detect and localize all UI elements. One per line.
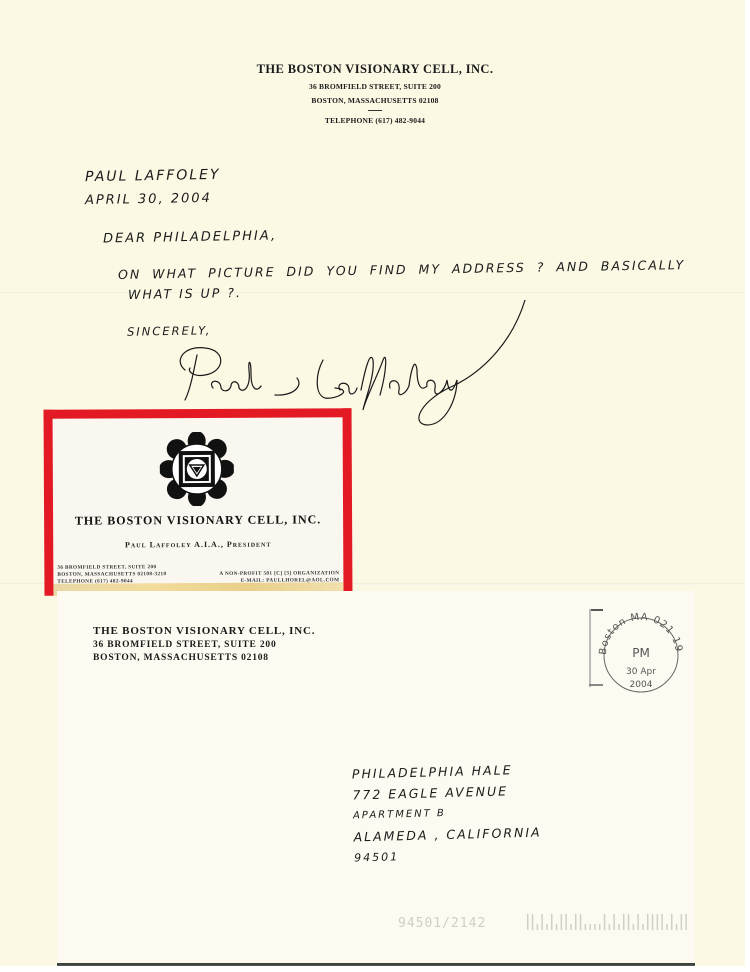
letter-sender: Paul Laffoley xyxy=(85,167,221,185)
envelope: The Boston Visionary Cell, Inc. 36 Bromf… xyxy=(57,591,695,965)
letterhead-city: Boston, Massachusetts 02108 xyxy=(220,96,530,105)
letterhead-divider xyxy=(368,110,382,111)
postmark-icon: Boston MA 021 19 PM 30 Apr 2004 xyxy=(584,601,704,696)
letterhead: The Boston Visionary Cell, Inc. 36 Bromf… xyxy=(220,62,530,125)
postmark-year: 2004 xyxy=(630,680,653,690)
card-person: Paul Laffoley A.I.A., President xyxy=(53,539,343,550)
return-street: 36 Bromfield Street, Suite 200 xyxy=(93,640,315,650)
postmark-date: 30 Apr xyxy=(626,667,656,677)
letterhead-name: The Boston Visionary Cell, Inc. xyxy=(220,62,530,77)
return-name: The Boston Visionary Cell, Inc. xyxy=(93,625,315,637)
barcode-number: 94501/2142 xyxy=(398,916,486,931)
recipient-address: Philadelphia Hale 772 Eagle Avenue Apart… xyxy=(352,759,543,869)
yantra-lotus-icon xyxy=(160,432,234,506)
postmark-time: PM xyxy=(632,646,650,660)
letterhead-street: 36 Bromfield Street, Suite 200 xyxy=(220,82,530,91)
return-address: The Boston Visionary Cell, Inc. 36 Bromf… xyxy=(93,625,315,663)
return-city: Boston, Massachusetts 02108 xyxy=(93,653,315,663)
postal-barcode-icon xyxy=(525,912,695,932)
letter-salutation: Dear Philadelphia, xyxy=(103,228,277,246)
business-card: The Boston Visionary Cell, Inc. Paul Laf… xyxy=(44,408,353,596)
fold-line xyxy=(0,292,745,294)
letter-date: April 30, 2004 xyxy=(85,191,212,208)
letter-body-line-1: On what picture did you find my address … xyxy=(118,257,685,282)
card-organization: The Boston Visionary Cell, Inc. xyxy=(53,512,343,529)
letterhead-telephone: Telephone (617) 482-9044 xyxy=(220,116,530,125)
recipient-zip: 94501 xyxy=(354,843,543,869)
